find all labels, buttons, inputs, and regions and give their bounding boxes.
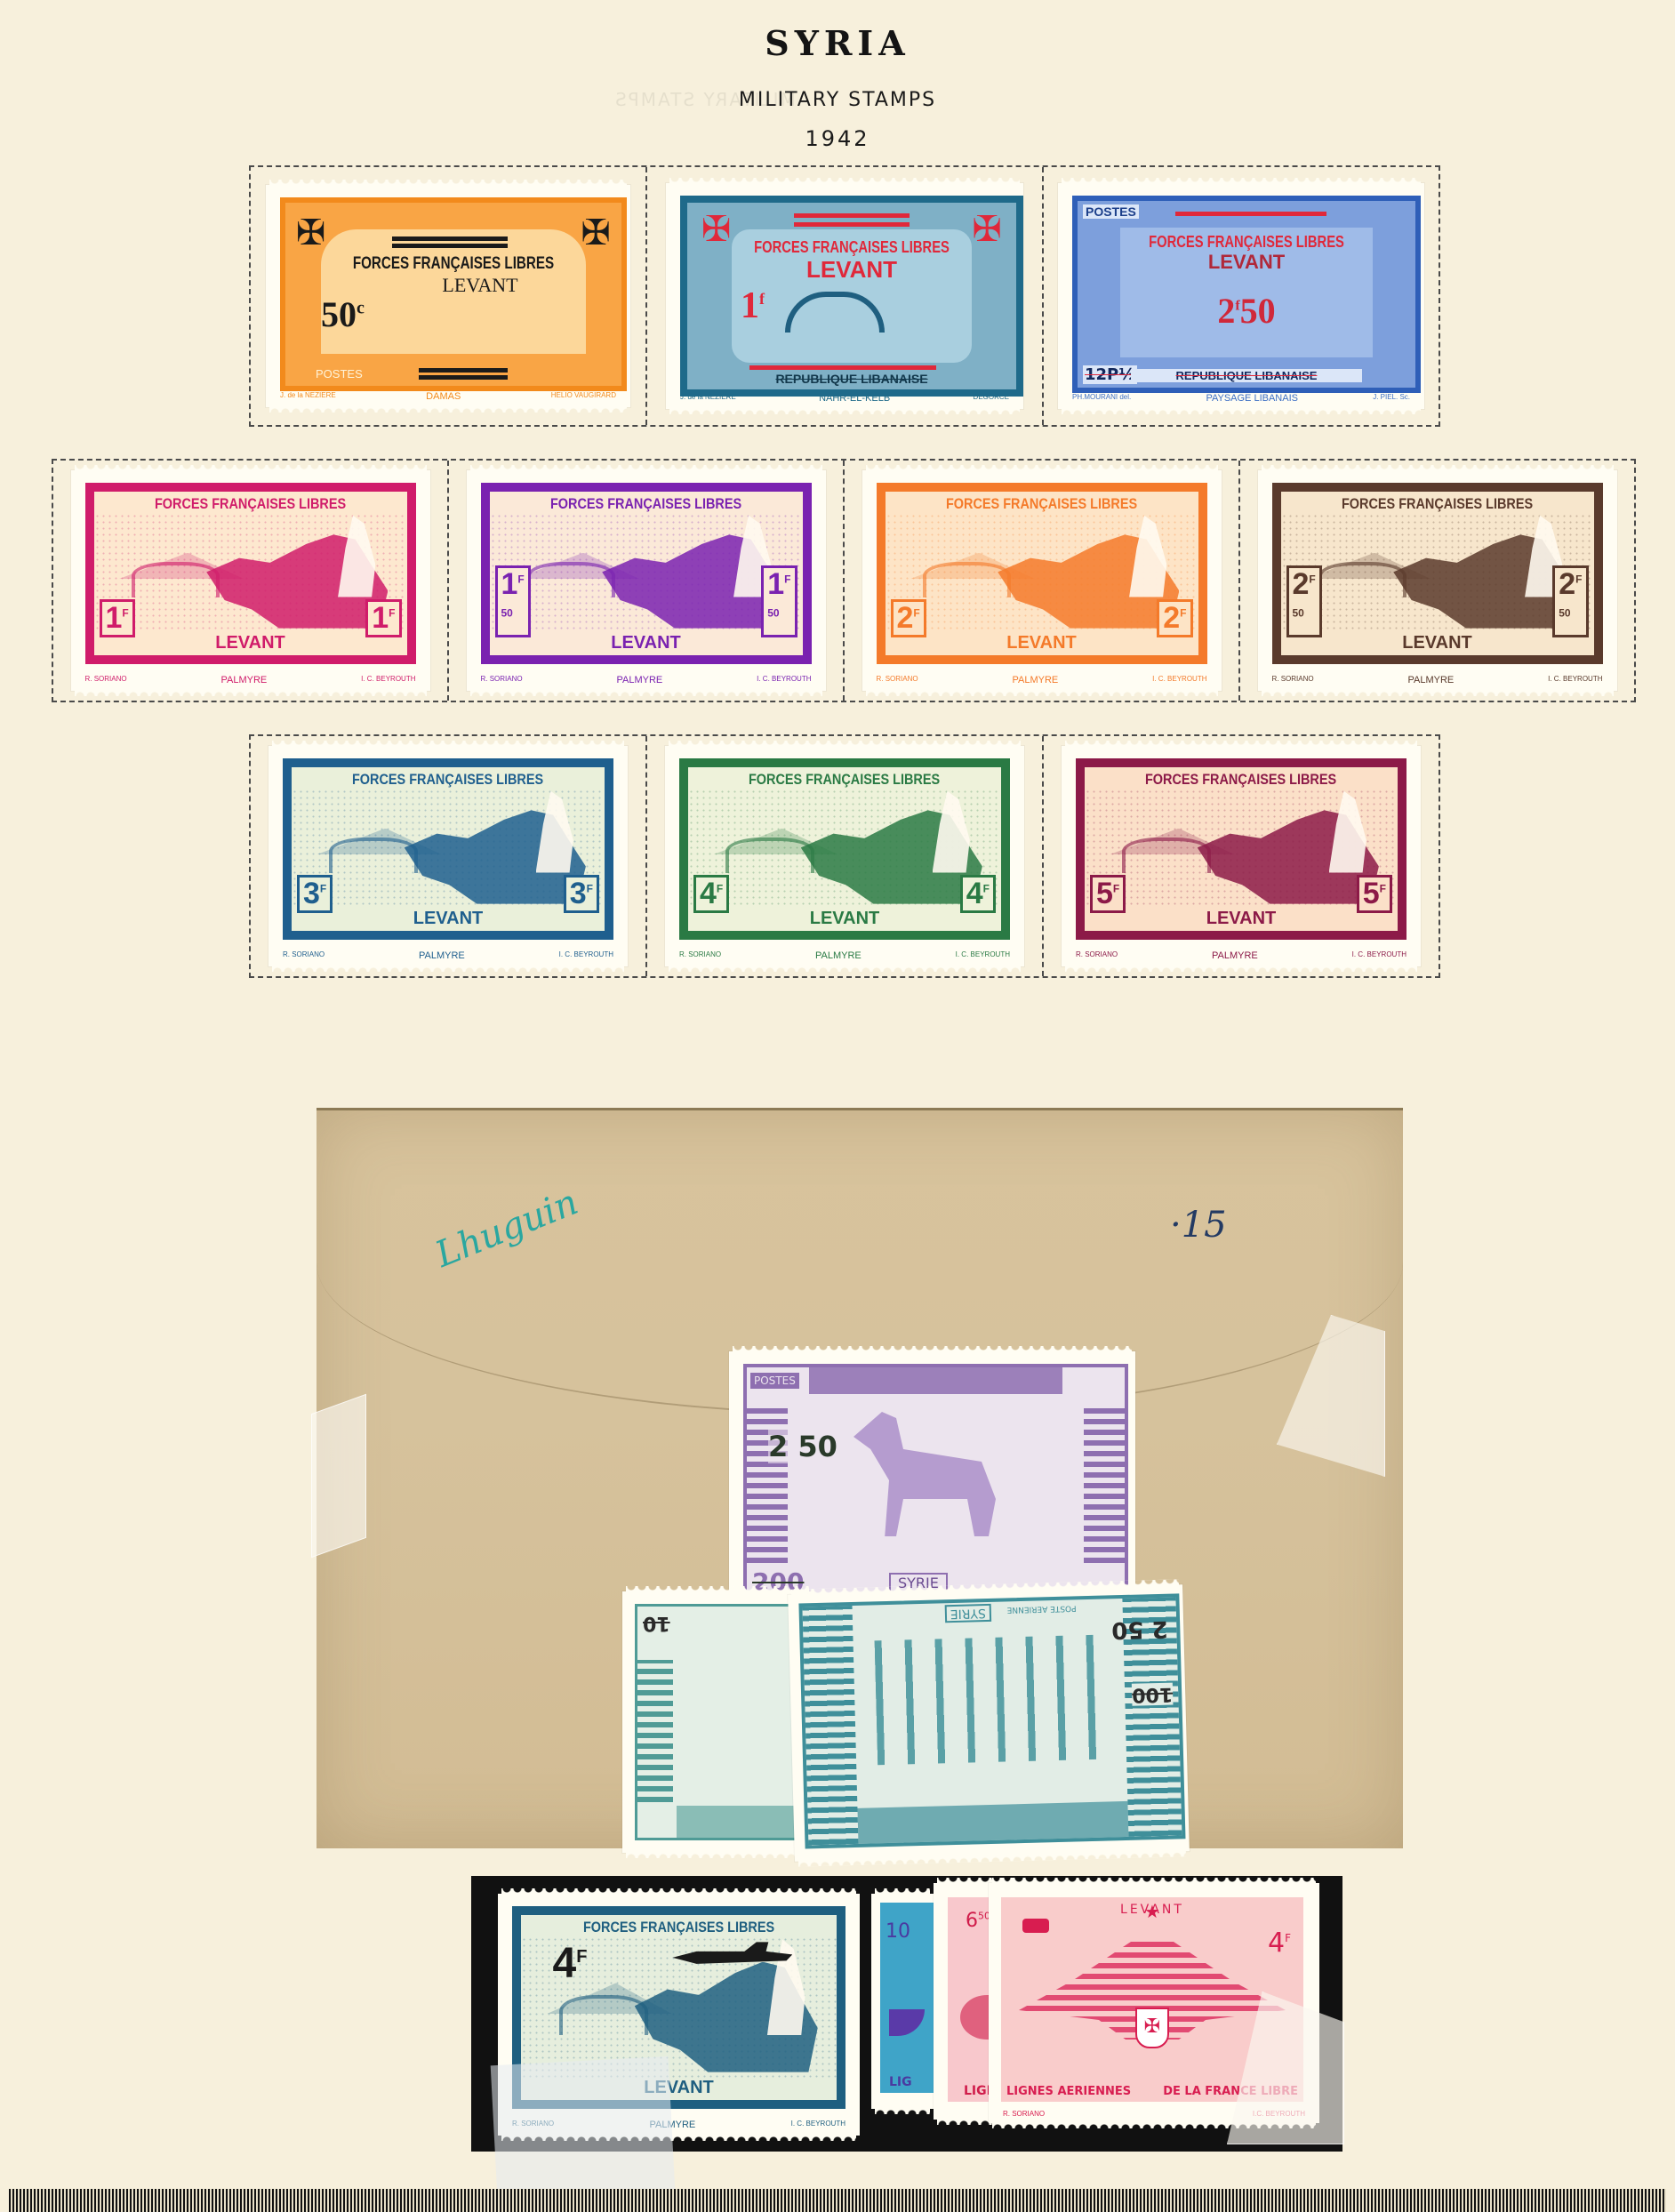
value: 650 (966, 1910, 990, 1932)
value-left: 5F (1090, 875, 1126, 913)
imprint-right: I. C. BEYROUTH (791, 2120, 846, 2130)
stamp-text: LIG (889, 2075, 912, 2089)
stamp-palmyre-1-f[interactable]: FORCES FRANÇAISES LIBRES LEVANT 1F 1F R.… (71, 470, 430, 691)
stamp-palmyre-2-f[interactable]: FORCES FRANÇAISES LIBRES LEVANT 2F 2F R.… (862, 470, 1222, 691)
imprint-right: J. PIEL. Sc. (1373, 393, 1410, 404)
row-1-frame: ✠ ✠ FORCES FRANÇAISES LIBRES LEVANT 50c … (249, 165, 1440, 427)
imprint-caption: DAMAS (426, 391, 461, 402)
row-3-slot-2: FORCES FRANÇAISES LIBRES LEVANT 4F 4F R.… (647, 736, 1044, 976)
imprint-left: J. de la NEZIERE (680, 393, 736, 404)
value-unit: F (983, 882, 990, 894)
old-value: 100 (1132, 1683, 1174, 1706)
airmail-label: POSTE AERIENNE (1007, 1603, 1077, 1614)
stamp-airmail-palm[interactable]: 10 (622, 1591, 813, 1853)
imprint-left: R. SORIANO (1003, 2110, 1045, 2118)
stamp-top-text: FORCES FRANÇAISES LIBRES (583, 1919, 774, 1936)
imprint-left: R. SORIANO (877, 675, 918, 685)
value-number: 1 (501, 567, 518, 601)
surcharge-unit: c (357, 299, 365, 318)
value-right: 2F (1157, 599, 1192, 637)
value-left: 1F (100, 599, 135, 637)
imprint-right: I. C. BEYROUTH (559, 950, 613, 961)
stamp-cheval-arabe[interactable]: POSTES 2 50 200 SYRIE CHEVAL ARABE (729, 1351, 1135, 1618)
postes-label: POSTES (750, 1373, 799, 1389)
postes-label: POSTES (316, 367, 363, 381)
slot-2: ✠ ✠ FORCES FRANÇAISES LIBRES LEVANT 1f R… (647, 167, 1044, 425)
imprint-right: I. C. BEYROUTH (757, 675, 811, 685)
old-value: 10 (643, 1612, 670, 1634)
surcharge-value: 4 (553, 1940, 577, 1987)
overprint-line-1: FORCES FRANÇAISES LIBRES (717, 238, 986, 257)
value-number: 3 (303, 877, 320, 910)
imprint-caption: PALMYRE (1212, 950, 1258, 961)
imprint-caption: PALMYRE (617, 675, 663, 685)
year-label: 1942 (0, 126, 1675, 151)
stamp-bottom-text: LEVANT (611, 633, 681, 653)
imprint-right: I. C. BEYROUTH (1352, 950, 1407, 961)
value-left: 4F (693, 875, 729, 913)
overprint-line-2: LEVANT (687, 256, 1016, 284)
imprint-caption: PAYSAGE LIBANAIS (1206, 393, 1298, 404)
old-value: 12P½ (1083, 365, 1137, 384)
overprint-line-1: FORCES FRANÇAISES LIBRES (319, 254, 588, 274)
stamp-nahr-el-kelb-1f[interactable]: ✠ ✠ FORCES FRANÇAISES LIBRES LEVANT 1f R… (666, 183, 1023, 409)
imprint-left: R. SORIANO (1076, 950, 1118, 961)
imprint-right: DEGORCE (974, 393, 1009, 404)
imprint-left: R. SORIANO (481, 675, 523, 685)
surcharge-value: 2 50 (768, 1430, 837, 1463)
row-2-slot-1: FORCES FRANÇAISES LIBRES LEVANT 1F 1F R.… (53, 461, 449, 701)
slot-1: ✠ ✠ FORCES FRANÇAISES LIBRES LEVANT 50c … (251, 167, 647, 425)
surcharge-value: 2 (1217, 291, 1235, 331)
imprint-right: I. C. BEYROUTH (956, 950, 1010, 961)
imprint-right: I. C. BEYROUTH (1152, 675, 1206, 685)
imprint-left: PH.MOURANI del. (1072, 393, 1131, 404)
value-number: 4 (700, 877, 717, 910)
page-bottom-border (9, 2189, 1666, 2212)
value-number: 1 (106, 601, 123, 635)
stamp-bottom-text: LEVANT (215, 633, 285, 653)
imprint-left: R. SORIANO (679, 950, 721, 961)
value-number: 2 (897, 601, 914, 635)
country-label: SYRIE (945, 1604, 992, 1623)
value-number: 1 (372, 601, 389, 635)
value-number: 2 (1163, 601, 1180, 635)
obliterated-text (392, 235, 508, 249)
value-number: 2 (1293, 567, 1310, 601)
value-unit: F (587, 882, 593, 894)
value: 4F (1268, 1927, 1291, 1959)
value-number: 3 (570, 877, 587, 910)
value-unit: F (389, 606, 395, 619)
surcharge-unit: f (759, 290, 765, 308)
handwritten-note-price: ·15 (1170, 1205, 1227, 1246)
surcharge-value: 2 50 (1111, 1615, 1168, 1644)
stamp-top-text: FORCES FRANÇAISES LIBRES (352, 771, 543, 789)
imprint-caption: PALMYRE (1013, 675, 1059, 685)
surcharge-value: 50 (321, 294, 357, 334)
value-right: 1F50 (761, 565, 797, 637)
value-right: 3F (564, 875, 599, 913)
value-right: 4F (960, 875, 996, 913)
value-left: 3F (297, 875, 333, 913)
imprint-caption: NAHR-EL-KELB (819, 393, 890, 404)
imprint-left: R. SORIANO (1272, 675, 1314, 685)
value: 10 (886, 1920, 910, 1943)
surcharge-value: 1 (741, 285, 759, 326)
value-right: 5F (1357, 875, 1392, 913)
value-left: 2F (891, 599, 926, 637)
bus-icon (1022, 1919, 1049, 1933)
stamp-airmail-palmyra-inverted[interactable]: SYRIE POSTE AERIENNE 100 2 50 (788, 1584, 1190, 1862)
imprint-caption: PALMYRE (221, 675, 268, 685)
row-2-slot-2: FORCES FRANÇAISES LIBRES LEVANT 1F50 1F5… (449, 461, 845, 701)
republique-libanaise-label: REPUBLIQUE LIBANAISE (1131, 369, 1362, 382)
value-number: 2 (1559, 567, 1575, 601)
lorraine-shield-icon: ✠ (1135, 2008, 1169, 2048)
stamp-palmyre-4-f[interactable]: FORCES FRANÇAISES LIBRES LEVANT 4F 4F R.… (665, 746, 1024, 966)
value-unit: F (1113, 882, 1119, 894)
stamp-palmyre-3-f[interactable]: FORCES FRANÇAISES LIBRES LEVANT 3F 3F R.… (268, 746, 628, 966)
imprint-caption: PALMYRE (815, 950, 862, 961)
wing-icon (889, 2009, 925, 2036)
imprint-left: J. de la NEZIERE (280, 391, 336, 402)
stamp-bottom-text: LEVANT (1006, 633, 1077, 653)
stamp-bottom-text: LEVANT (1206, 909, 1277, 929)
stamp-palmyre-5-f[interactable]: FORCES FRANÇAISES LIBRES LEVANT 5F 5F R.… (1062, 746, 1421, 966)
lorraine-cross-icon: ✠ (581, 215, 611, 251)
stamp-wings-10f[interactable]: 10 LIG (871, 1894, 934, 2109)
overprint-line-2: LEVANT (1078, 251, 1415, 274)
row-3-frame: FORCES FRANÇAISES LIBRES LEVANT 3F 3F R.… (249, 734, 1440, 978)
lorraine-cross-icon: ✠ (296, 215, 326, 251)
star-icon: ★ (1144, 1901, 1160, 1922)
page-title: SYRIA (0, 23, 1675, 63)
imprint-caption: PALMYRE (419, 950, 465, 961)
value-right: 1F (365, 599, 401, 637)
stamp-bottom-text: LEVANT (810, 909, 880, 929)
hinge-tape (311, 1394, 366, 1559)
overprint-line-1: FORCES FRANÇAISES LIBRES (1108, 233, 1385, 252)
value-number: 5 (1363, 877, 1380, 910)
section-title: MILITARY STAMPS (0, 89, 1675, 111)
value-left: 2F50 (1286, 565, 1322, 637)
imprint-caption: PALMYRE (1408, 675, 1455, 685)
stamp-paysage-libanais-2f50[interactable]: POSTES FORCES FRANÇAISES LIBRES LEVANT 2… (1058, 183, 1424, 409)
imprint-right: I. C. BEYROUTH (1548, 675, 1602, 685)
row-3-slot-3: FORCES FRANÇAISES LIBRES LEVANT 5F 5F R.… (1044, 736, 1439, 976)
stamp-bottom-text: LEVANT (413, 909, 484, 929)
value-unit: F (1180, 606, 1186, 619)
stamp-damas-50c[interactable]: ✠ ✠ FORCES FRANÇAISES LIBRES LEVANT 50c … (266, 185, 630, 407)
stamp-palmyre-2-50-f[interactable]: FORCES FRANÇAISES LIBRES LEVANT 2F50 2F5… (1258, 470, 1617, 691)
value-left: 1F50 (495, 565, 531, 637)
stamp-palmyre-1-50-f[interactable]: FORCES FRANÇAISES LIBRES LEVANT 1F50 1F5… (467, 470, 826, 691)
surcharge-fraction: 50 (1240, 291, 1276, 331)
surcharge-unit: F (576, 1947, 587, 1967)
value-number: 5 (1096, 877, 1113, 910)
republique-libanaise-label: REPUBLIQUE LIBANAISE (687, 372, 1016, 386)
value-number: 4 (966, 877, 983, 910)
value-right: 2F50 (1552, 565, 1588, 637)
imprint-left: R. SORIANO (283, 950, 325, 961)
stamp-top-text: FORCES FRANÇAISES LIBRES (946, 495, 1137, 513)
value-unit: F (1380, 882, 1386, 894)
row-2-frame: FORCES FRANÇAISES LIBRES LEVANT 1F 1F R.… (52, 459, 1636, 702)
imprint-right: HELIO VAUGIRARD (551, 391, 616, 402)
imprint-right: I. C. BEYROUTH (361, 675, 415, 685)
stamp-top-text: FORCES FRANÇAISES LIBRES (1145, 771, 1336, 789)
value-unit: F (122, 606, 128, 619)
row-3-slot-1: FORCES FRANÇAISES LIBRES LEVANT 3F 3F R.… (251, 736, 647, 976)
arabic-inscription (809, 1367, 1062, 1394)
stamp-top-text: FORCES FRANÇAISES LIBRES (550, 495, 741, 513)
stamp-top-text: FORCES FRANÇAISES LIBRES (749, 771, 940, 789)
horse-icon (854, 1412, 996, 1536)
stamp-bottom-text: LEVANT (1402, 633, 1472, 653)
slot-3: POSTES FORCES FRANÇAISES LIBRES LEVANT 2… (1044, 167, 1439, 425)
row-2-slot-4: FORCES FRANÇAISES LIBRES LEVANT 2F50 2F5… (1240, 461, 1634, 701)
postes-label: POSTES (1083, 204, 1139, 219)
imprint-left: R. SORIANO (85, 675, 127, 685)
value-unit: F (320, 882, 326, 894)
palm-columns-icon (875, 1635, 1110, 1766)
value-unit: F (717, 882, 723, 894)
value-unit: F (913, 606, 919, 619)
row-2-slot-3: FORCES FRANÇAISES LIBRES LEVANT 2F 2F R.… (845, 461, 1240, 701)
overprint-line-2: LEVANT (339, 274, 621, 297)
stamp-text-left: LIGNES AERIENNES (1006, 2085, 1131, 2098)
stamp-top-text: FORCES FRANÇAISES LIBRES (155, 495, 346, 513)
value-number: 1 (767, 567, 784, 601)
stamp-top-text: FORCES FRANÇAISES LIBRES (1342, 495, 1533, 513)
